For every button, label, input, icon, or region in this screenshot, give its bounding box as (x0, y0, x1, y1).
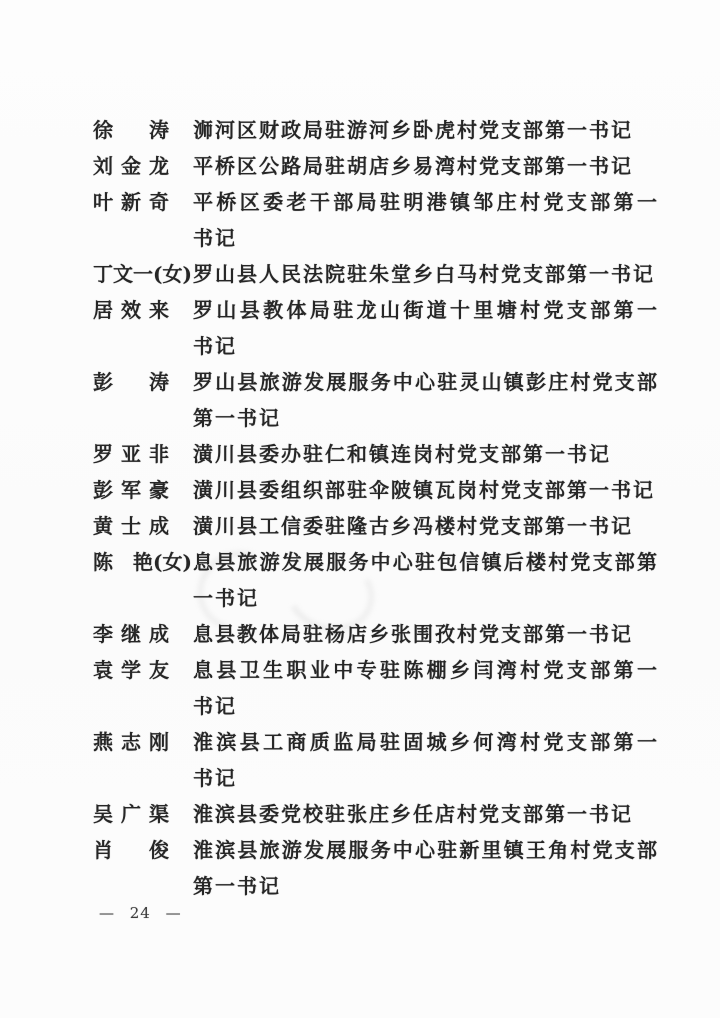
position-cell: 潢川县委组织部驻伞陂镇瓦岗村党支部第一书记 (193, 472, 659, 508)
position-line: 书记 (193, 328, 659, 364)
name-cell: 叶新奇 (93, 184, 193, 220)
position-line: 书记 (193, 220, 659, 256)
name-cell: 陈艳(女) (93, 544, 193, 580)
roster-entry: 居效来罗山县教体局驻龙山街道十里塘村党支部第一书记 (93, 292, 659, 364)
position-line: 平桥区委老干部局驻明港镇邹庄村党支部第一 (193, 184, 657, 220)
name-cell: 李继成 (93, 616, 193, 652)
position-line: 一书记 (193, 580, 659, 616)
name-cell: 丁文一(女) (93, 256, 193, 292)
roster-entry: 陈艳(女)息县旅游发展服务中心驻包信镇后楼村党支部第一书记 (93, 544, 659, 616)
document-page: 徐涛浉河区财政局驻游河乡卧虎村党支部第一书记刘金龙平桥区公路局驻胡店乡易湾村党支… (0, 0, 720, 1018)
position-cell: 浉河区财政局驻游河乡卧虎村党支部第一书记 (193, 112, 659, 148)
name-cell: 徐涛 (93, 112, 193, 148)
person-name: 刘金龙 (93, 148, 169, 184)
position-line: 罗山县人民法院驻朱堂乡白马村党支部第一书记 (193, 256, 659, 292)
roster-entry: 肖俊淮滨县旅游发展服务中心驻新里镇王角村党支部第一书记 (93, 832, 659, 904)
roster-entry: 黄士成潢川县工信委驻隆古乡冯楼村党支部第一书记 (93, 508, 659, 544)
position-line: 潢川县委组织部驻伞陂镇瓦岗村党支部第一书记 (193, 472, 659, 508)
roster-entry: 叶新奇平桥区委老干部局驻明港镇邹庄村党支部第一书记 (93, 184, 659, 256)
roster-entry: 丁文一(女)罗山县人民法院驻朱堂乡白马村党支部第一书记 (93, 256, 659, 292)
position-line: 罗山县旅游发展服务中心驻灵山镇彭庄村党支部 (193, 364, 657, 400)
position-cell: 淮滨县旅游发展服务中心驻新里镇王角村党支部第一书记 (193, 832, 659, 904)
position-line: 息县卫生职业中专驻陈棚乡闫湾村党支部第一 (193, 652, 657, 688)
roster-entry: 罗亚非潢川县委办驻仁和镇连岗村党支部第一书记 (93, 436, 659, 472)
position-cell: 罗山县教体局驻龙山街道十里塘村党支部第一书记 (193, 292, 659, 364)
position-cell: 息县旅游发展服务中心驻包信镇后楼村党支部第一书记 (193, 544, 659, 616)
person-name: 彭涛 (93, 364, 169, 400)
roster-entry: 徐涛浉河区财政局驻游河乡卧虎村党支部第一书记 (93, 112, 659, 148)
roster-entry: 彭军豪潢川县委组织部驻伞陂镇瓦岗村党支部第一书记 (93, 472, 659, 508)
person-name: 李继成 (93, 616, 169, 652)
name-cell: 吴广渠 (93, 796, 193, 832)
person-name: 丁文一 (93, 256, 153, 292)
position-cell: 息县卫生职业中专驻陈棚乡闫湾村党支部第一书记 (193, 652, 659, 724)
page-number: — 24 — (99, 904, 182, 922)
position-cell: 罗山县人民法院驻朱堂乡白马村党支部第一书记 (193, 256, 659, 292)
position-cell: 息县教体局驻杨店乡张围孜村党支部第一书记 (193, 616, 659, 652)
person-name: 叶新奇 (93, 184, 169, 220)
person-name: 黄士成 (93, 508, 169, 544)
roster-entry: 吴广渠淮滨县委党校驻张庄乡任店村党支部第一书记 (93, 796, 659, 832)
name-cell: 黄士成 (93, 508, 193, 544)
position-cell: 潢川县工信委驻隆古乡冯楼村党支部第一书记 (193, 508, 659, 544)
position-line: 淮滨县工商质监局驻固城乡何湾村党支部第一 (193, 724, 657, 760)
name-cell: 肖俊 (93, 832, 193, 868)
position-cell: 平桥区公路局驻胡店乡易湾村党支部第一书记 (193, 148, 659, 184)
person-name: 罗亚非 (93, 436, 169, 472)
position-line: 淮滨县委党校驻张庄乡任店村党支部第一书记 (193, 796, 659, 832)
position-cell: 罗山县旅游发展服务中心驻灵山镇彭庄村党支部第一书记 (193, 364, 659, 436)
page-number-text: — 24 — (99, 904, 182, 922)
gender-note: (女) (153, 256, 192, 292)
person-name: 袁学友 (93, 652, 169, 688)
name-cell: 彭军豪 (93, 472, 193, 508)
person-name: 燕志刚 (93, 724, 169, 760)
position-line: 浉河区财政局驻游河乡卧虎村党支部第一书记 (193, 112, 659, 148)
position-line: 淮滨县旅游发展服务中心驻新里镇王角村党支部 (193, 832, 657, 868)
roster-entry: 燕志刚淮滨县工商质监局驻固城乡何湾村党支部第一书记 (93, 724, 659, 796)
position-line: 潢川县委办驻仁和镇连岗村党支部第一书记 (193, 436, 659, 472)
gender-note: (女) (153, 544, 192, 580)
roster-list: 徐涛浉河区财政局驻游河乡卧虎村党支部第一书记刘金龙平桥区公路局驻胡店乡易湾村党支… (93, 112, 659, 904)
position-line: 潢川县工信委驻隆古乡冯楼村党支部第一书记 (193, 508, 659, 544)
position-line: 平桥区公路局驻胡店乡易湾村党支部第一书记 (193, 148, 659, 184)
position-line: 书记 (193, 760, 659, 796)
roster-entry: 彭涛罗山县旅游发展服务中心驻灵山镇彭庄村党支部第一书记 (93, 364, 659, 436)
name-cell: 刘金龙 (93, 148, 193, 184)
person-name: 陈艳 (93, 544, 153, 580)
name-cell: 彭涛 (93, 364, 193, 400)
roster-entry: 刘金龙平桥区公路局驻胡店乡易湾村党支部第一书记 (93, 148, 659, 184)
roster-entry: 袁学友息县卫生职业中专驻陈棚乡闫湾村党支部第一书记 (93, 652, 659, 724)
name-cell: 居效来 (93, 292, 193, 328)
person-name: 彭军豪 (93, 472, 169, 508)
person-name: 肖俊 (93, 832, 169, 868)
position-line: 息县教体局驻杨店乡张围孜村党支部第一书记 (193, 616, 659, 652)
position-cell: 淮滨县工商质监局驻固城乡何湾村党支部第一书记 (193, 724, 659, 796)
name-cell: 袁学友 (93, 652, 193, 688)
name-cell: 燕志刚 (93, 724, 193, 760)
position-line: 第一书记 (193, 868, 659, 904)
person-name: 居效来 (93, 292, 169, 328)
position-line: 书记 (193, 688, 659, 724)
position-cell: 潢川县委办驻仁和镇连岗村党支部第一书记 (193, 436, 659, 472)
position-cell: 平桥区委老干部局驻明港镇邹庄村党支部第一书记 (193, 184, 659, 256)
position-line: 罗山县教体局驻龙山街道十里塘村党支部第一 (193, 292, 657, 328)
name-cell: 罗亚非 (93, 436, 193, 472)
person-name: 徐涛 (93, 112, 169, 148)
position-cell: 淮滨县委党校驻张庄乡任店村党支部第一书记 (193, 796, 659, 832)
position-line: 第一书记 (193, 400, 659, 436)
person-name: 吴广渠 (93, 796, 169, 832)
position-line: 息县旅游发展服务中心驻包信镇后楼村党支部第 (193, 544, 657, 580)
roster-entry: 李继成息县教体局驻杨店乡张围孜村党支部第一书记 (93, 616, 659, 652)
